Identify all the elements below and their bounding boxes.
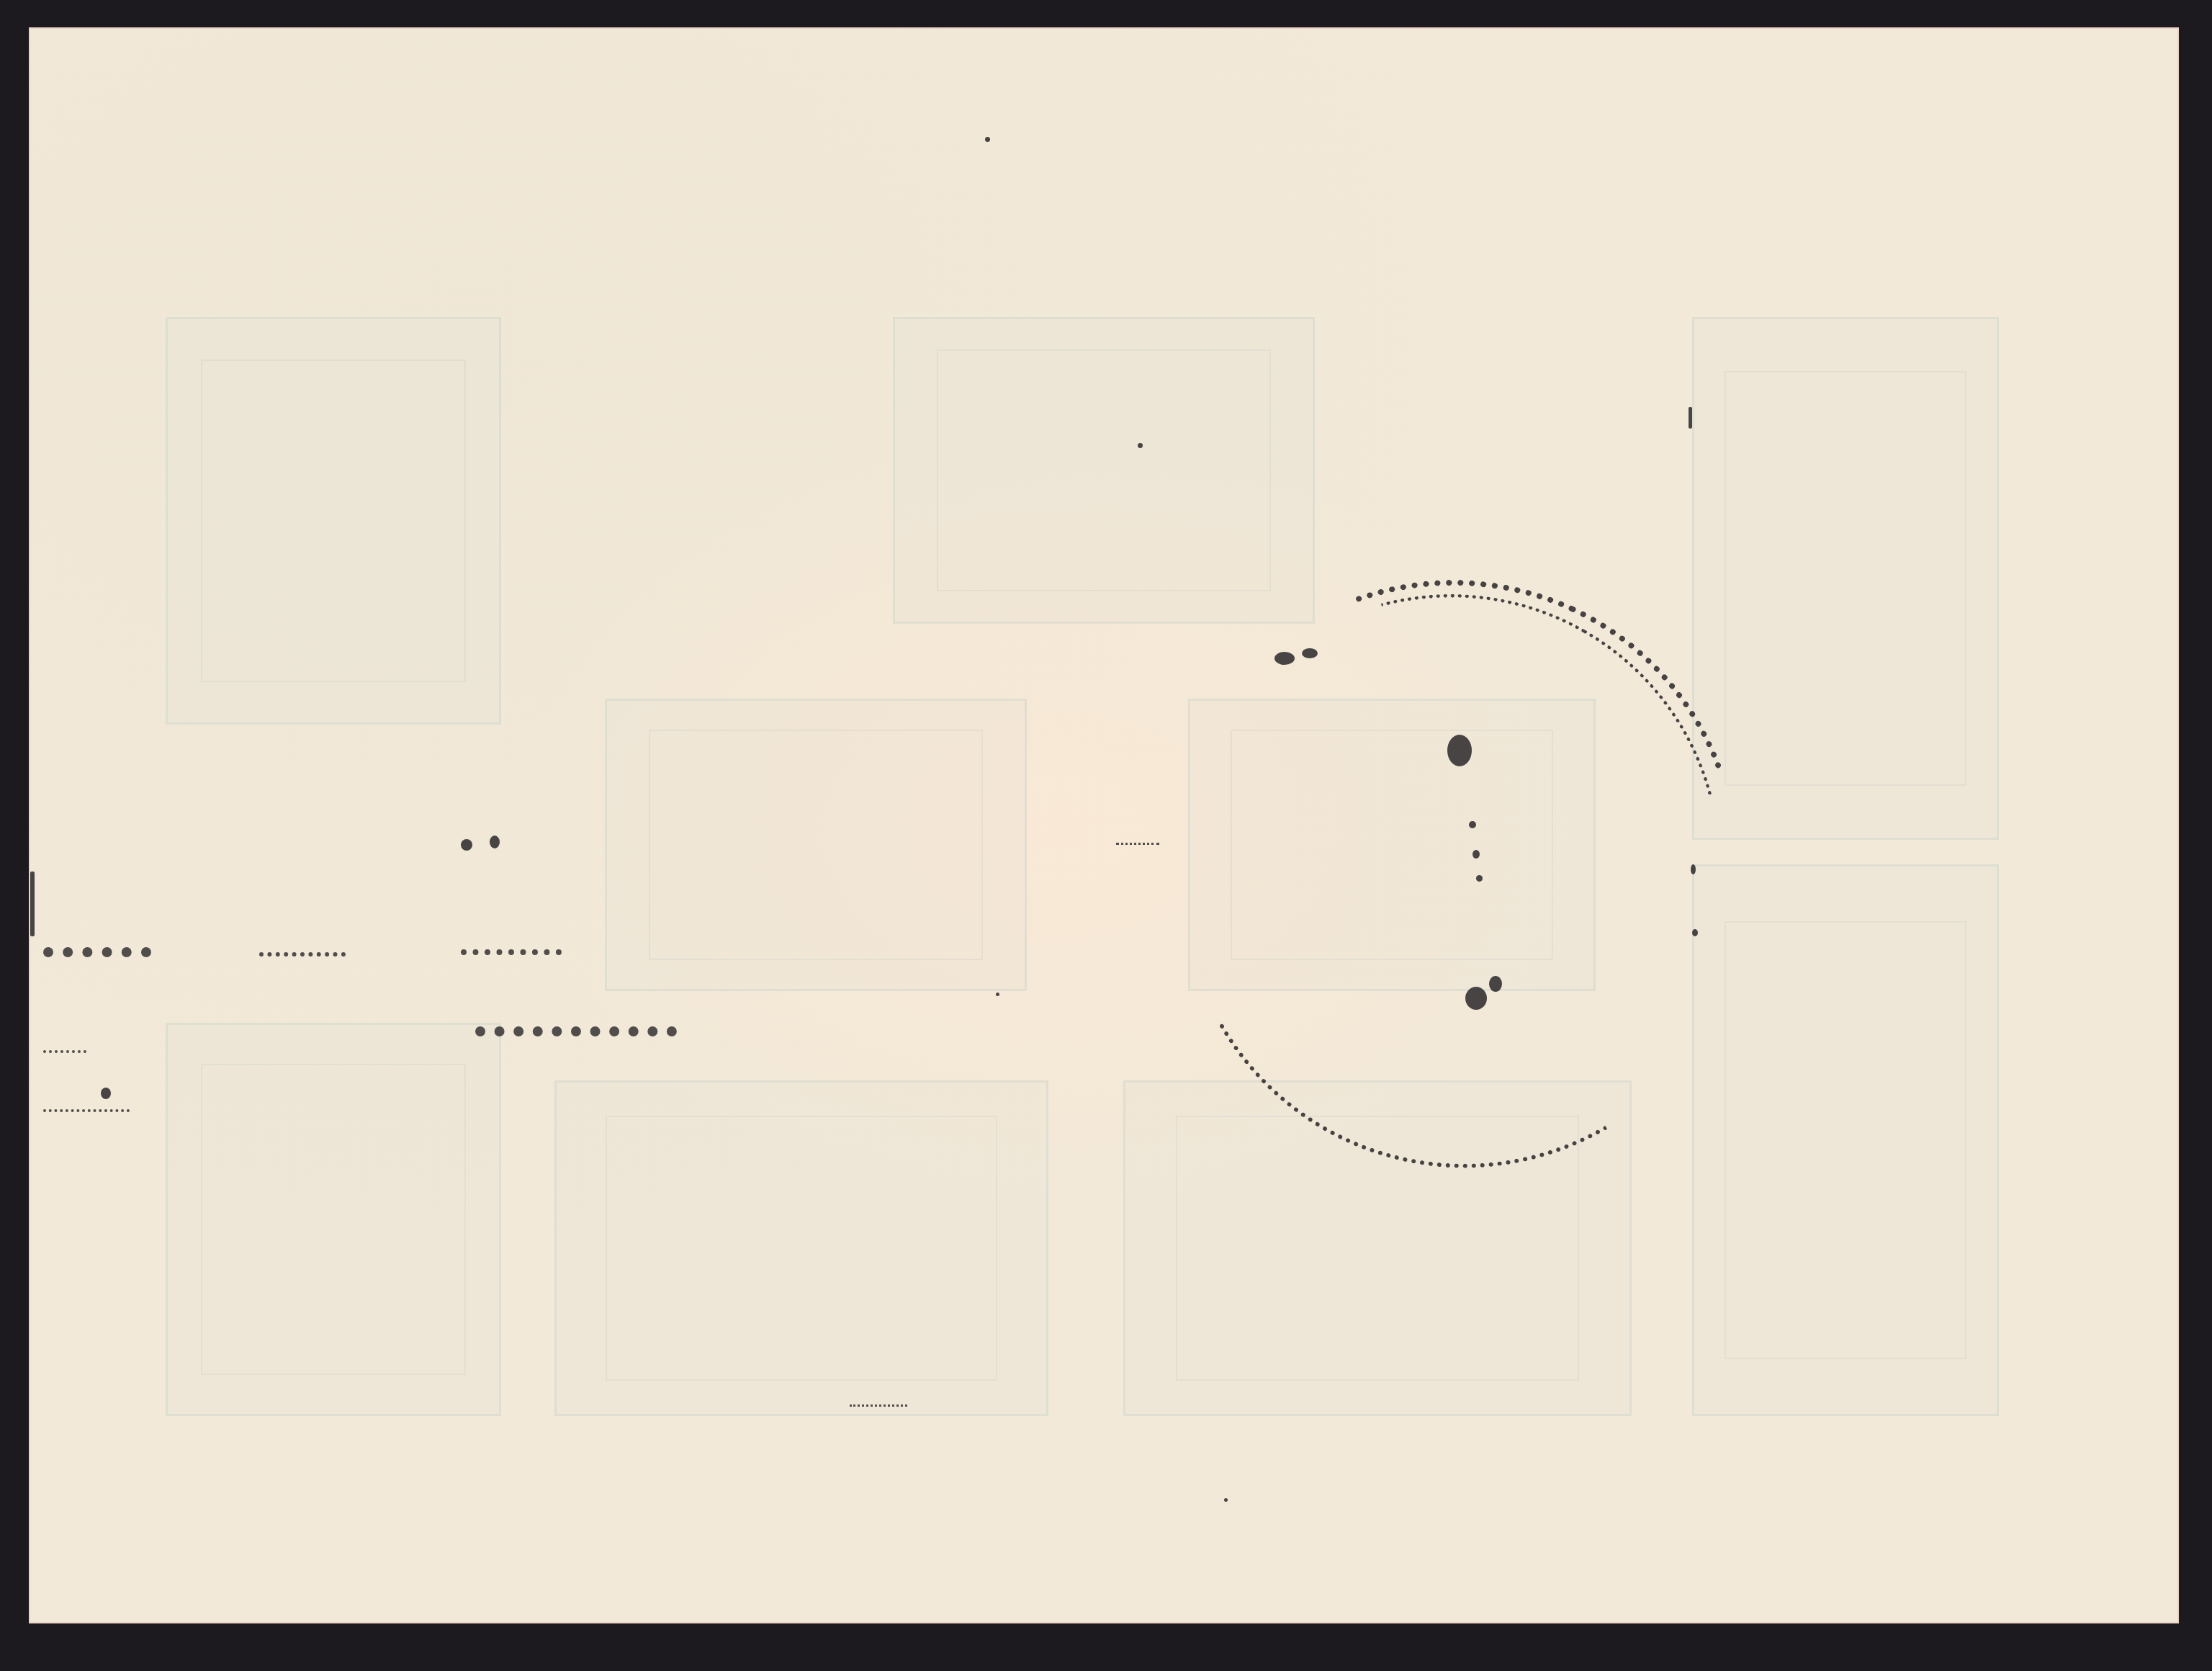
postmark-mark-3 <box>1473 850 1480 859</box>
postmark-mark-2 <box>1469 821 1476 828</box>
left-edge-mark <box>30 872 35 936</box>
postmark-mark-8 <box>1302 648 1318 658</box>
cancel-mark-3 <box>101 1088 111 1099</box>
cancel-line-4 <box>475 1026 677 1036</box>
ghost-stamp-bottom-left <box>166 1023 501 1416</box>
ghost-stamp-top-center <box>893 317 1315 624</box>
postmark-mark-10 <box>1692 929 1698 936</box>
cancel-mark-2 <box>490 835 500 848</box>
postmark-mark-5 <box>1465 987 1487 1010</box>
speck-5 <box>1224 1498 1228 1502</box>
speck-line-1 <box>1116 843 1159 845</box>
cancel-line-2 <box>259 952 346 957</box>
ghost-stamp-mid-left <box>605 699 1027 991</box>
postmark-mark-9 <box>1691 864 1696 874</box>
speck-2 <box>1138 443 1143 448</box>
cancel-line-3 <box>461 949 562 955</box>
ghost-stamp-top-left <box>166 317 501 725</box>
postmark-mark-7 <box>1274 652 1295 665</box>
postmark-mark-4 <box>1476 875 1483 882</box>
postmark-mark-1 <box>1447 735 1472 766</box>
speck-line-2 <box>850 1405 907 1407</box>
speck-4 <box>996 993 999 996</box>
ghost-stamp-bottom-center-left <box>554 1080 1048 1416</box>
cancel-mark-1 <box>461 839 472 851</box>
ghost-stamp-top-right <box>1692 317 1999 840</box>
speck-3 <box>1689 407 1692 429</box>
cancel-line-5 <box>43 1109 130 1112</box>
cancel-line-6 <box>43 1050 86 1053</box>
postmark-mark-6 <box>1489 976 1502 992</box>
speck-1 <box>985 137 990 142</box>
cancel-line-1 <box>43 947 151 957</box>
